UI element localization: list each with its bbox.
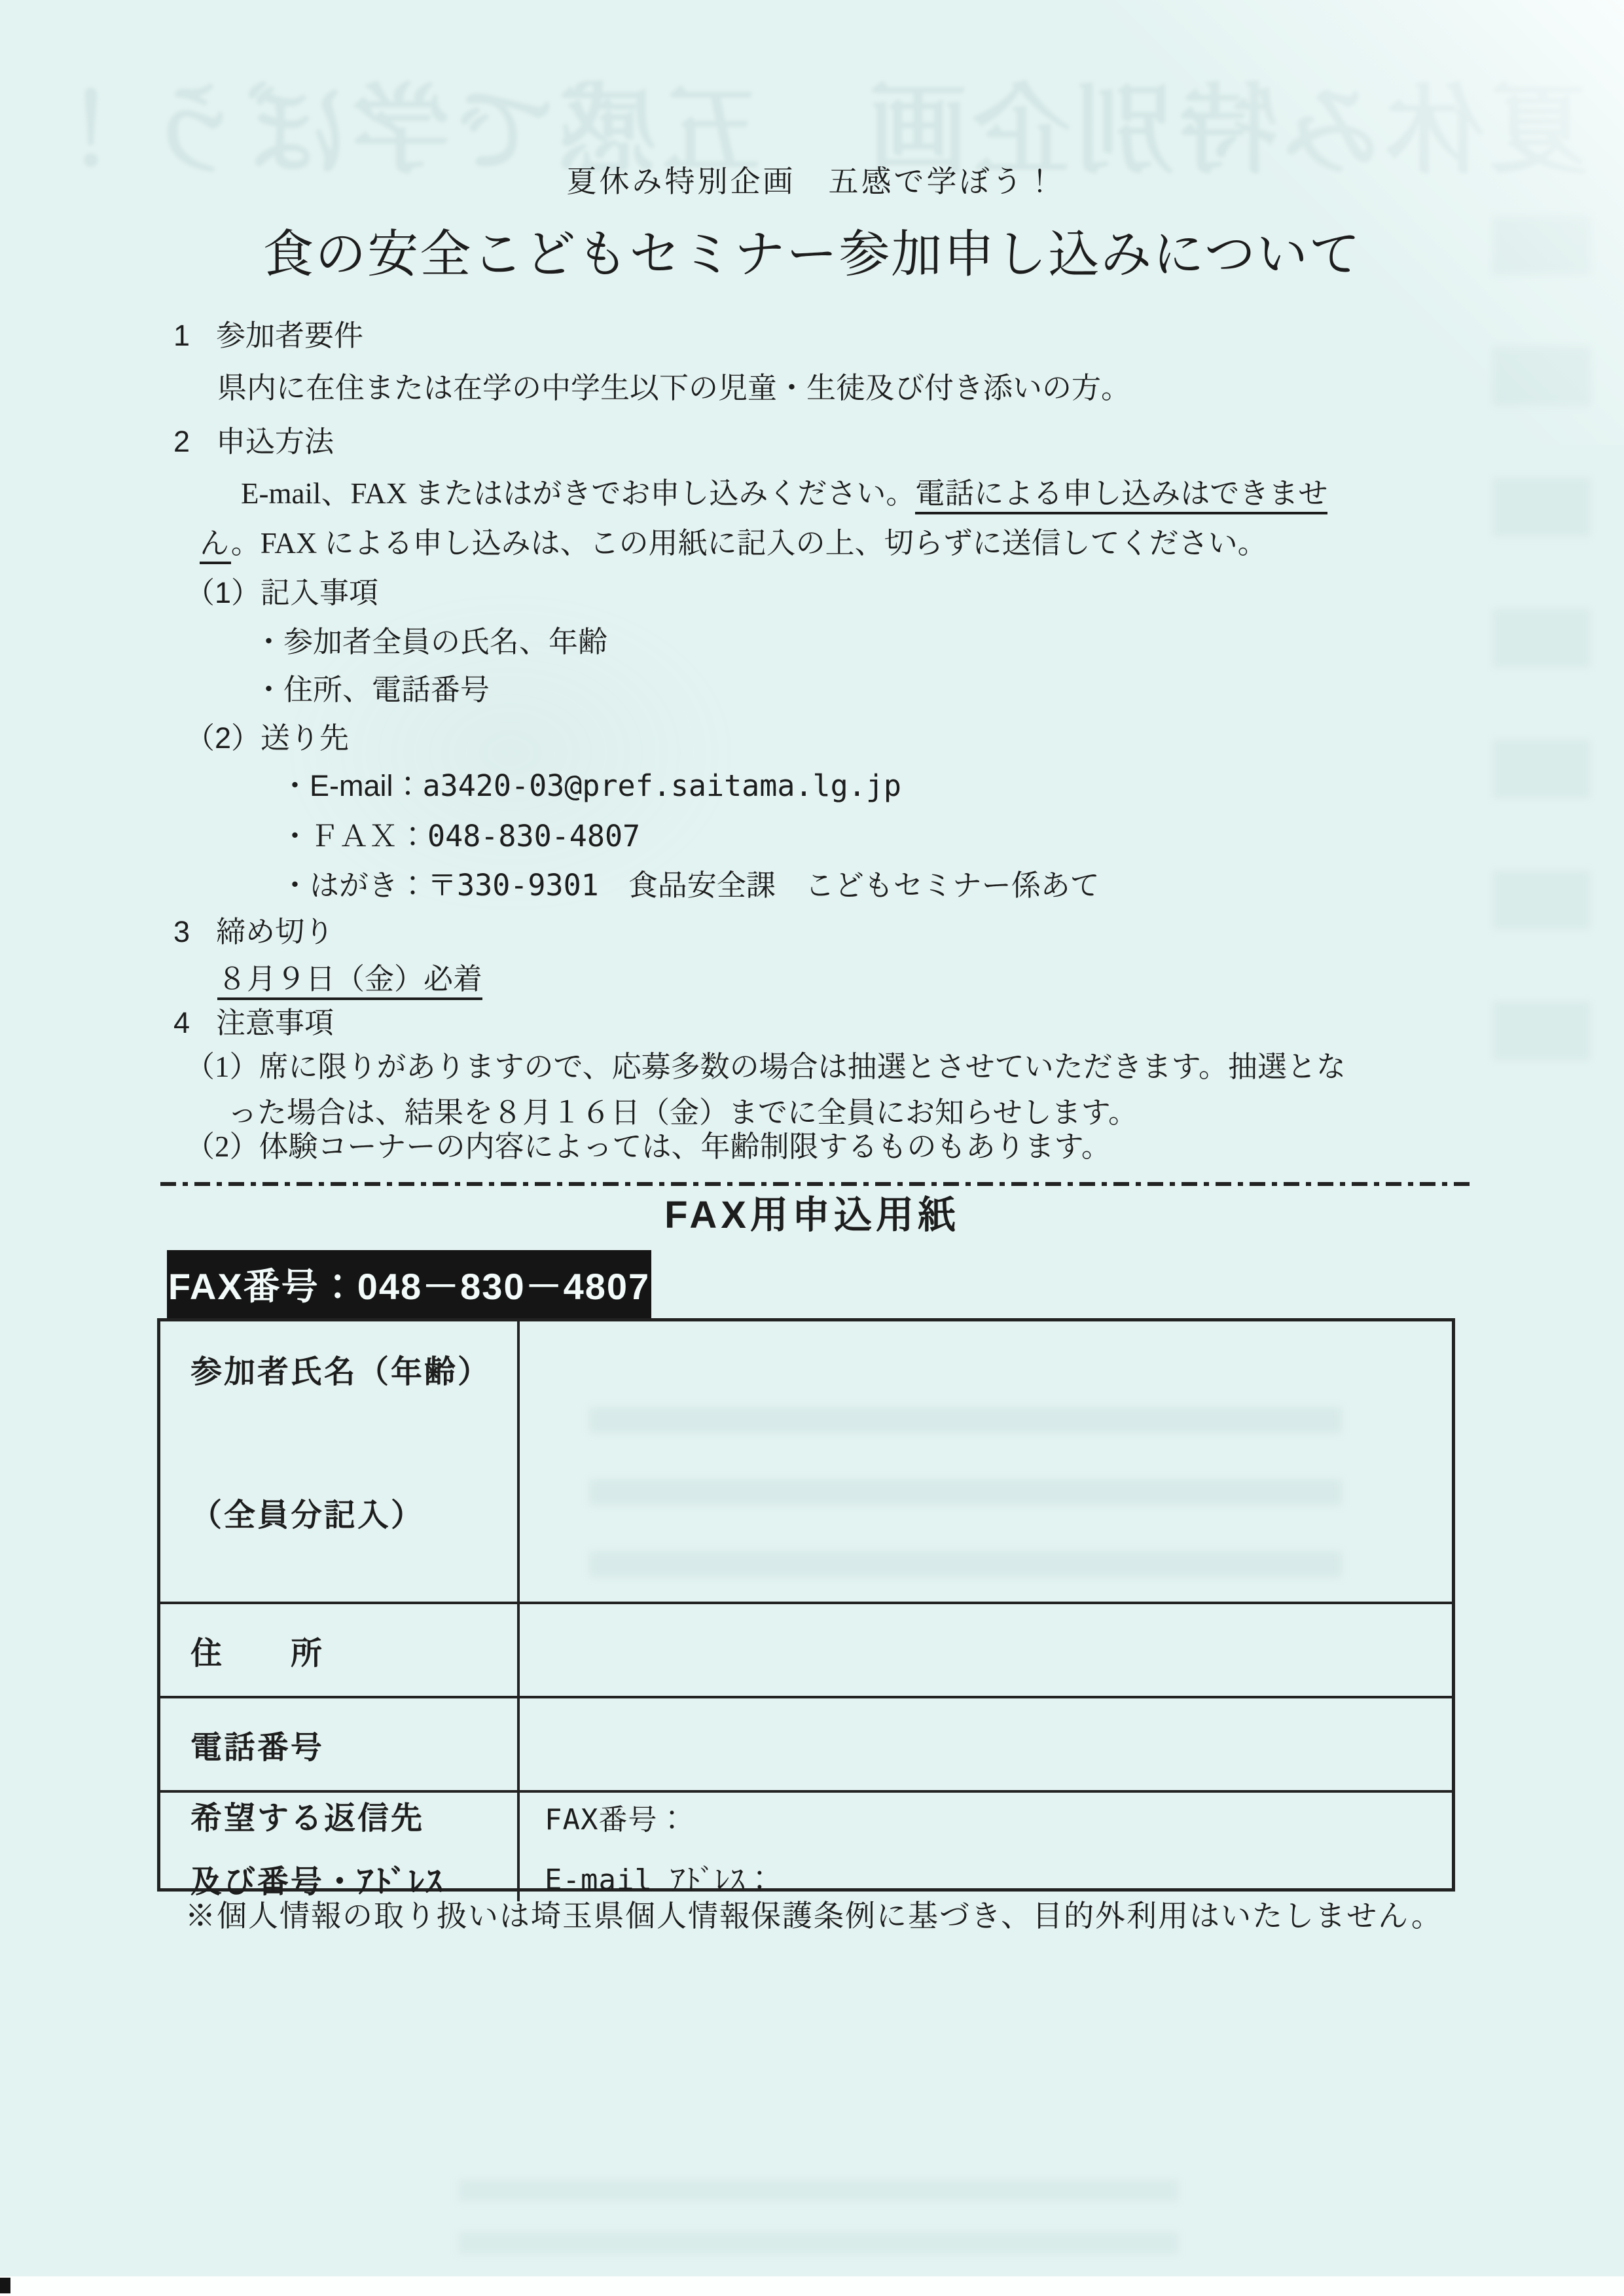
entry-item-address-phone: ・住所、電話番号 bbox=[254, 673, 490, 707]
page-title: 食の安全こどもセミナー参加申し込みについて bbox=[0, 225, 1624, 284]
caution-1-line1: （1）席に限りがありますので、応募多数の場合は抽選とさせていただきます。抽選とな bbox=[185, 1050, 1346, 1085]
postcard-destination: ・はがき：〒330-9301 食品安全課 こどもセミナー係あて bbox=[280, 869, 1100, 903]
section-2-line1: E-mail、FAX またははがきでお申し込みください。電話による申し込みはでき… bbox=[241, 477, 1327, 511]
phone-input-area bbox=[517, 1696, 1452, 1790]
address-input-area bbox=[517, 1602, 1452, 1696]
table-label-reply-destination: 希望する返信先 及び番号・ｱﾄﾞﾚｽ bbox=[160, 1790, 517, 1901]
deadline-text: ８月９日（金）必着 bbox=[217, 962, 482, 996]
section-4-number: 4 bbox=[173, 1006, 190, 1039]
reply-email-field-label: E-mail ｱﾄﾞﾚｽ： bbox=[545, 1856, 1452, 1898]
application-table: 参加者氏名（年齢） （全員分記入） 住 所 電話番号 希望する返信先 及び番号・… bbox=[157, 1318, 1455, 1892]
section-2-heading: 2申込方法 bbox=[173, 425, 334, 459]
fax-number: 048-830-4807 bbox=[427, 819, 640, 853]
privacy-note: ※個人情報の取り扱いは埼玉県個人情報保護条例に基づき、目的外利用はいたしません。 bbox=[185, 1899, 1443, 1934]
postal-code: 〒330-9301 bbox=[427, 868, 599, 903]
bleed-through-blob bbox=[1492, 216, 1591, 1067]
scanner-bed-edge bbox=[0, 2276, 1624, 2296]
participant-names-input-area bbox=[517, 1321, 1452, 1602]
bleed-through-blob bbox=[458, 2179, 1178, 2265]
fax-form-heading: FAX用申込用紙 bbox=[0, 1194, 1624, 1238]
section-1-body: 県内に在住または在学の中学生以下の児童・生徒及び付き添いの方。 bbox=[217, 372, 1130, 406]
email-destination: ・E-mail：a3420-03@pref.saitama.lg.jp bbox=[280, 769, 901, 803]
caution-2: （2）体験コーナーの内容によっては、年齢制限するものもあります。 bbox=[185, 1130, 1111, 1164]
scanned-document-page: 夏休み特別企画 五感で学ぼう！ 夏休み特別企画 五感で学ぼう！ 食の安全こどもセ… bbox=[0, 0, 1624, 2296]
event-tagline: 夏休み特別企画 五感で学ぼう！ bbox=[0, 165, 1624, 200]
reply-fax-field-label: FAX番号： bbox=[545, 1796, 1452, 1838]
cut-here-dashed-line bbox=[160, 1182, 1470, 1186]
email-label: ・E-mail： bbox=[280, 769, 423, 802]
destination-heading: （2）送り先 bbox=[185, 721, 349, 755]
entry-item-names-ages: ・参加者全員の氏名、年齢 bbox=[254, 625, 607, 659]
reply-destination-input-area: FAX番号： E-mail ｱﾄﾞﾚｽ： bbox=[517, 1790, 1452, 1901]
section-2-line2: ん。FAX による申し込みは、この用紙に記入の上、切らずに送信してください。 bbox=[200, 527, 1267, 561]
fax-destination: ・ＦＡＸ：048-830-4807 bbox=[280, 819, 640, 853]
section-3-heading: 3締め切り bbox=[173, 915, 334, 949]
section-2-number: 2 bbox=[173, 425, 190, 458]
scan-corner-glare bbox=[1087, 0, 1624, 445]
postcard-addressee: 食品安全課 こどもセミナー係あて bbox=[599, 869, 1100, 902]
fax-number-banner: FAX番号：048－830－4807 bbox=[167, 1250, 651, 1318]
section-1-number: 1 bbox=[173, 319, 190, 352]
caution-1-line2: った場合は、結果を８月１６日（金）までに全員にお知らせします。 bbox=[228, 1096, 1138, 1130]
table-label-participant-names: 参加者氏名（年齢） （全員分記入） bbox=[160, 1321, 517, 1602]
no-phone-warning-underlined: 電話による申し込みはできませ bbox=[915, 477, 1327, 514]
section-1-heading: 1参加者要件 bbox=[173, 319, 363, 353]
postcard-label: ・はがき： bbox=[280, 869, 427, 902]
section-3-number: 3 bbox=[173, 915, 190, 948]
section-4-heading: 4注意事項 bbox=[173, 1006, 334, 1040]
scan-edge-mark bbox=[0, 2278, 10, 2293]
entry-items-heading: （1）記入事項 bbox=[185, 576, 378, 610]
email-address: a3420-03@pref.saitama.lg.jp bbox=[423, 768, 902, 803]
table-label-address: 住 所 bbox=[160, 1602, 517, 1696]
fax-label: ・ＦＡＸ： bbox=[280, 819, 427, 853]
table-label-phone: 電話番号 bbox=[160, 1696, 517, 1790]
